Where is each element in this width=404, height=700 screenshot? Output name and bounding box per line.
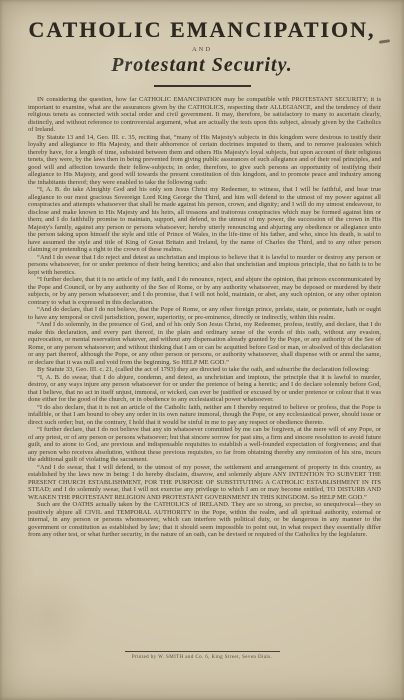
masthead: CATHOLIC EMANCIPATION, AND Protestant Se…: [0, 0, 404, 87]
body-paragraph-statute-1793: By Statute 33, Geo. III. c. 21, (called …: [28, 366, 381, 374]
body-paragraph-declaration-absolution: “I further declare, that I do not believ…: [28, 426, 381, 464]
footer: Printed by W. SMITH and Co. 6, King Stre…: [0, 651, 404, 660]
body-paragraph-declaration-murder: “I, A. B. do swear, that I do abjure, co…: [28, 374, 381, 404]
body-paragraph-oath-allegiance: “I, A. B. do take Almighty God and his o…: [28, 186, 381, 254]
document-title: CATHOLIC EMANCIPATION,: [0, 17, 404, 43]
document-subtitle: Protestant Security.: [0, 54, 404, 77]
body-paragraph-oath-heretics: “And I do swear that I do reject and det…: [28, 254, 381, 277]
body-paragraph-declaration-establishment: “And I do swear, that I will defend, to …: [28, 464, 381, 502]
title-conjunction: AND: [0, 46, 404, 53]
footer-divider: [125, 651, 280, 652]
body-paragraph-declaration-infallibility: “I do also declare, that it is not an ar…: [28, 404, 381, 427]
body-paragraph-oath-jurisdiction: “And do declare, that I do not believe, …: [28, 306, 381, 321]
body-paragraph-conclusion: Such are the OATHS actually taken by the…: [28, 501, 381, 539]
document-body: IN considering the question, how far CAT…: [0, 87, 404, 539]
body-paragraph-statute-1774: By Statute 13 and 14, Geo. III. c. 35, r…: [28, 134, 381, 187]
body-paragraph-intro: IN considering the question, how far CAT…: [28, 96, 381, 134]
body-paragraph-oath-excommunication: “I further declare, that it is no articl…: [28, 276, 381, 306]
body-paragraph-oath-declaration: “And I do solemnly, in the presence of G…: [28, 321, 381, 366]
printer-imprint: Printed by W. SMITH and Co. 6, King Stre…: [0, 655, 404, 660]
document-page: CATHOLIC EMANCIPATION, AND Protestant Se…: [0, 0, 404, 700]
